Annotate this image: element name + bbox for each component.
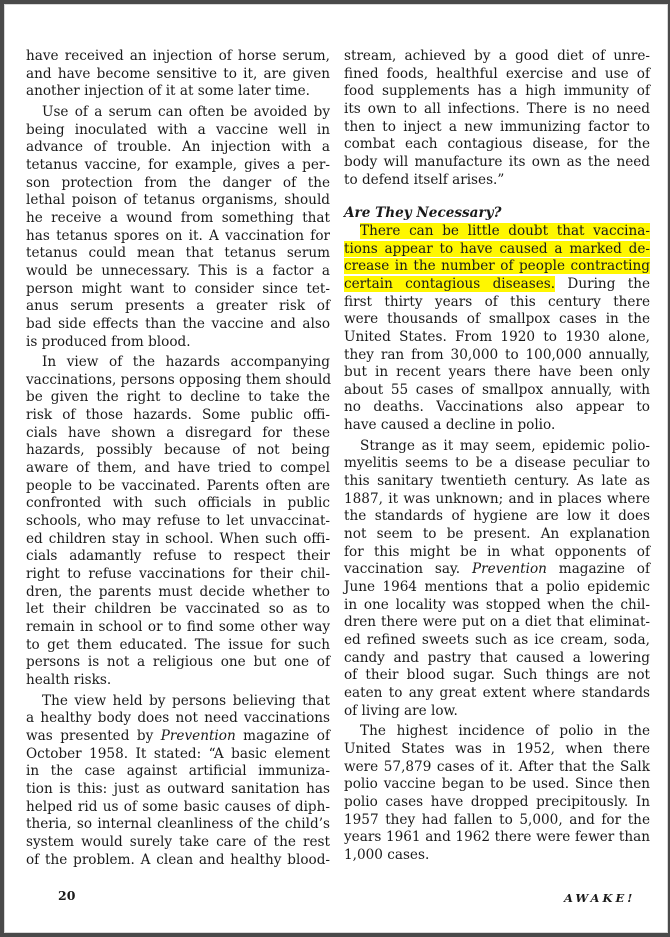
- text-line: The highest incidence of polio in the: [344, 723, 650, 741]
- text-line: in the case against artificial immuniza-: [26, 763, 330, 781]
- text-line: advance of trouble. An injection with a: [26, 139, 330, 157]
- text-line: helped rid us of some basic causes of di…: [26, 799, 330, 817]
- page-number: 20: [58, 888, 75, 903]
- text-line: tion is this: just as outward sanitation…: [26, 781, 330, 799]
- text-fragment: vaccination say.: [344, 561, 472, 577]
- text-line: another injection of it at some later ti…: [26, 83, 330, 101]
- text-line: of the problem. A clean and healthy bloo…: [26, 852, 330, 870]
- right-column: stream, achieved by a good diet of unre-…: [344, 48, 650, 865]
- text-line: about 55 cases of smallpox annually, wit…: [344, 382, 650, 400]
- text-line: no deaths. Vaccinations also appear to: [344, 399, 650, 417]
- text-line: has tetanus spores on it. A vaccination …: [26, 228, 330, 246]
- text-line: Use of a serum can often be avoided by: [26, 104, 330, 122]
- text-line: eaten to any great extent where standard…: [344, 685, 650, 703]
- magazine-title: Prevention: [161, 728, 236, 744]
- text-line: tetanus vaccine, for example, gives a pe…: [26, 157, 330, 175]
- text-line: of living are low.: [344, 703, 650, 721]
- highlighted-text-line: There can be little doubt that vaccina-: [344, 223, 650, 241]
- text-line: myelitis seems to be a disease peculiar …: [344, 455, 650, 473]
- text-line: ed refined sweets such as ice cream, sod…: [344, 632, 650, 650]
- text-line: theria, so internal cleanliness of the c…: [26, 816, 330, 834]
- text-line: in one locality was stopped when the chi…: [344, 597, 650, 615]
- text-line: remain in school or to find some other w…: [26, 619, 330, 637]
- text-line: is produced from blood.: [26, 334, 330, 352]
- text-line: were thousands of smallpox cases in the: [344, 311, 650, 329]
- highlighted-text-line: crease in the number of people contracti…: [344, 258, 650, 276]
- text-line: aware of them, and have tried to compel: [26, 460, 330, 478]
- text-line: were 57,879 cases of it. After that the …: [344, 759, 650, 777]
- text-line: dren there were put on a diet that elimi…: [344, 614, 650, 632]
- text-line: June 1964 mentions that a polio epidemic: [344, 579, 650, 597]
- highlight: crease in the number of people contracti…: [344, 258, 650, 274]
- text-line: a healthy body does not need vaccination…: [26, 710, 330, 728]
- highlight: tions appear to have caused a marked de-: [344, 241, 650, 257]
- text-line: stream, achieved by a good diet of unre-: [344, 48, 650, 66]
- text-line: he receive a wound from something that: [26, 210, 330, 228]
- text-line: health risks.: [26, 672, 330, 690]
- section-heading: Are They Necessary?: [344, 205, 650, 223]
- text-line: anus serum presents a greater risk of: [26, 298, 330, 316]
- text-line: its own to all infections. There is no n…: [344, 101, 650, 119]
- text-line: being inoculated with a vaccine well in: [26, 122, 330, 140]
- text-line: 1,000 cases.: [344, 847, 650, 865]
- text-line: United States was in 1952, when there: [344, 741, 650, 759]
- text-line: risk of those hazards. Some public offi-: [26, 407, 330, 425]
- text-line: lethal poison of tetanus organisms, shou…: [26, 192, 330, 210]
- text-line: for this might be in what opponents of: [344, 544, 650, 562]
- text-line: person might want to consider since tet-: [26, 281, 330, 299]
- text-line: In view of the hazards accompanying: [26, 354, 330, 372]
- text-line: then to inject a new immunizing factor t…: [344, 119, 650, 137]
- text-line: bad side effects than the vaccine and al…: [26, 316, 330, 334]
- text-line: first thirty years of this century there: [344, 294, 650, 312]
- highlight: There can be little doubt that vaccina-: [360, 223, 650, 239]
- text-line: persons is not a religious one but one o…: [26, 654, 330, 672]
- text-line: October 1958. It stated: “A basic elemen…: [26, 746, 330, 764]
- text-line: food supplements has a high immunity of: [344, 83, 650, 101]
- text-line: son protection from the danger of the: [26, 175, 330, 193]
- text-line: United States. From 1920 to 1930 alone,: [344, 329, 650, 347]
- text-line: 1957 they had fallen to 5,000, and for t…: [344, 812, 650, 830]
- text-line: cials have shown a disregard for these: [26, 425, 330, 443]
- text-line: let their children be vaccinated so as t…: [26, 601, 330, 619]
- text-line: right to refuse vaccinations for their c…: [26, 566, 330, 584]
- text-line: people to be vaccinated. Parents often a…: [26, 478, 330, 496]
- text-line: be given the right to decline to take th…: [26, 389, 330, 407]
- text-line: The view held by persons believing that: [26, 693, 330, 711]
- left-column: have received an injection of horse seru…: [26, 48, 330, 869]
- text-line: system would surely take care of the res…: [26, 834, 330, 852]
- magazine-title: Prevention: [472, 561, 547, 577]
- text-line: candy and pastry that caused a lowering: [344, 650, 650, 668]
- text-line: of their blood sugar. Such things are no…: [344, 667, 650, 685]
- text-line: would be unnecessary. This is a factor a: [26, 263, 330, 281]
- text-line: combat each contagious disease, for the: [344, 136, 650, 154]
- text-fragment: was presented by: [26, 728, 161, 744]
- text-line: polio vaccine began to be used. Since th…: [344, 776, 650, 794]
- text-line: certain contagious diseases. During the: [344, 276, 650, 294]
- text-line: ed children stay in school. When such of…: [26, 531, 330, 549]
- text-line: Strange as it may seem, epidemic polio-: [344, 438, 650, 456]
- text-line: years 1961 and 1962 there were fewer tha…: [344, 829, 650, 847]
- text-line: tetanus could mean that tetanus serum: [26, 245, 330, 263]
- text-line: 1887, it was unknown; and in places wher…: [344, 491, 650, 509]
- text-line: not seem to be present. An explanation: [344, 526, 650, 544]
- text-line: schools, who may refuse to let unvaccina…: [26, 513, 330, 531]
- text-line: fined foods, healthful exercise and use …: [344, 66, 650, 84]
- highlighted-text-line: tions appear to have caused a marked de-: [344, 241, 650, 259]
- text-line: but in recent years there have been only: [344, 364, 650, 382]
- text-line: cials adamantly refuse to respect their: [26, 548, 330, 566]
- text-fragment: magazine of: [547, 561, 650, 577]
- text-line: and have become sensitive to it, are giv…: [26, 66, 330, 84]
- text-line: polio cases have dropped precipitously. …: [344, 794, 650, 812]
- text-line: was presented by Prevention magazine of: [26, 728, 330, 746]
- magazine-name: AWAKE!: [564, 891, 635, 905]
- text-line: body will manufacture its own as the nee…: [344, 154, 650, 172]
- text-line: vaccinations, persons opposing them shou…: [26, 372, 330, 390]
- text-line: to get them educated. The issue for such: [26, 637, 330, 655]
- text-line: they ran from 30,000 to 100,000 annually…: [344, 347, 650, 365]
- highlight: certain contagious diseases.: [344, 276, 555, 292]
- text-line: dren, the parents must decide whether to: [26, 584, 330, 602]
- text-line: the standards of hygiene are low it does: [344, 508, 650, 526]
- text-fragment: During the: [555, 276, 650, 292]
- text-line: this sanitary twentieth century. As late…: [344, 473, 650, 491]
- text-line: confronted with such officials in public: [26, 495, 330, 513]
- magazine-page: have received an injection of horse seru…: [4, 4, 668, 933]
- text-line: vaccination say. Prevention magazine of: [344, 561, 650, 579]
- text-fragment: magazine of: [236, 728, 330, 744]
- text-line: hazards, possibly because of not being: [26, 442, 330, 460]
- text-line: to defend itself arises.”: [344, 172, 650, 190]
- text-line: have received an injection of horse seru…: [26, 48, 330, 66]
- text-line: have caused a decline in polio.: [344, 417, 650, 435]
